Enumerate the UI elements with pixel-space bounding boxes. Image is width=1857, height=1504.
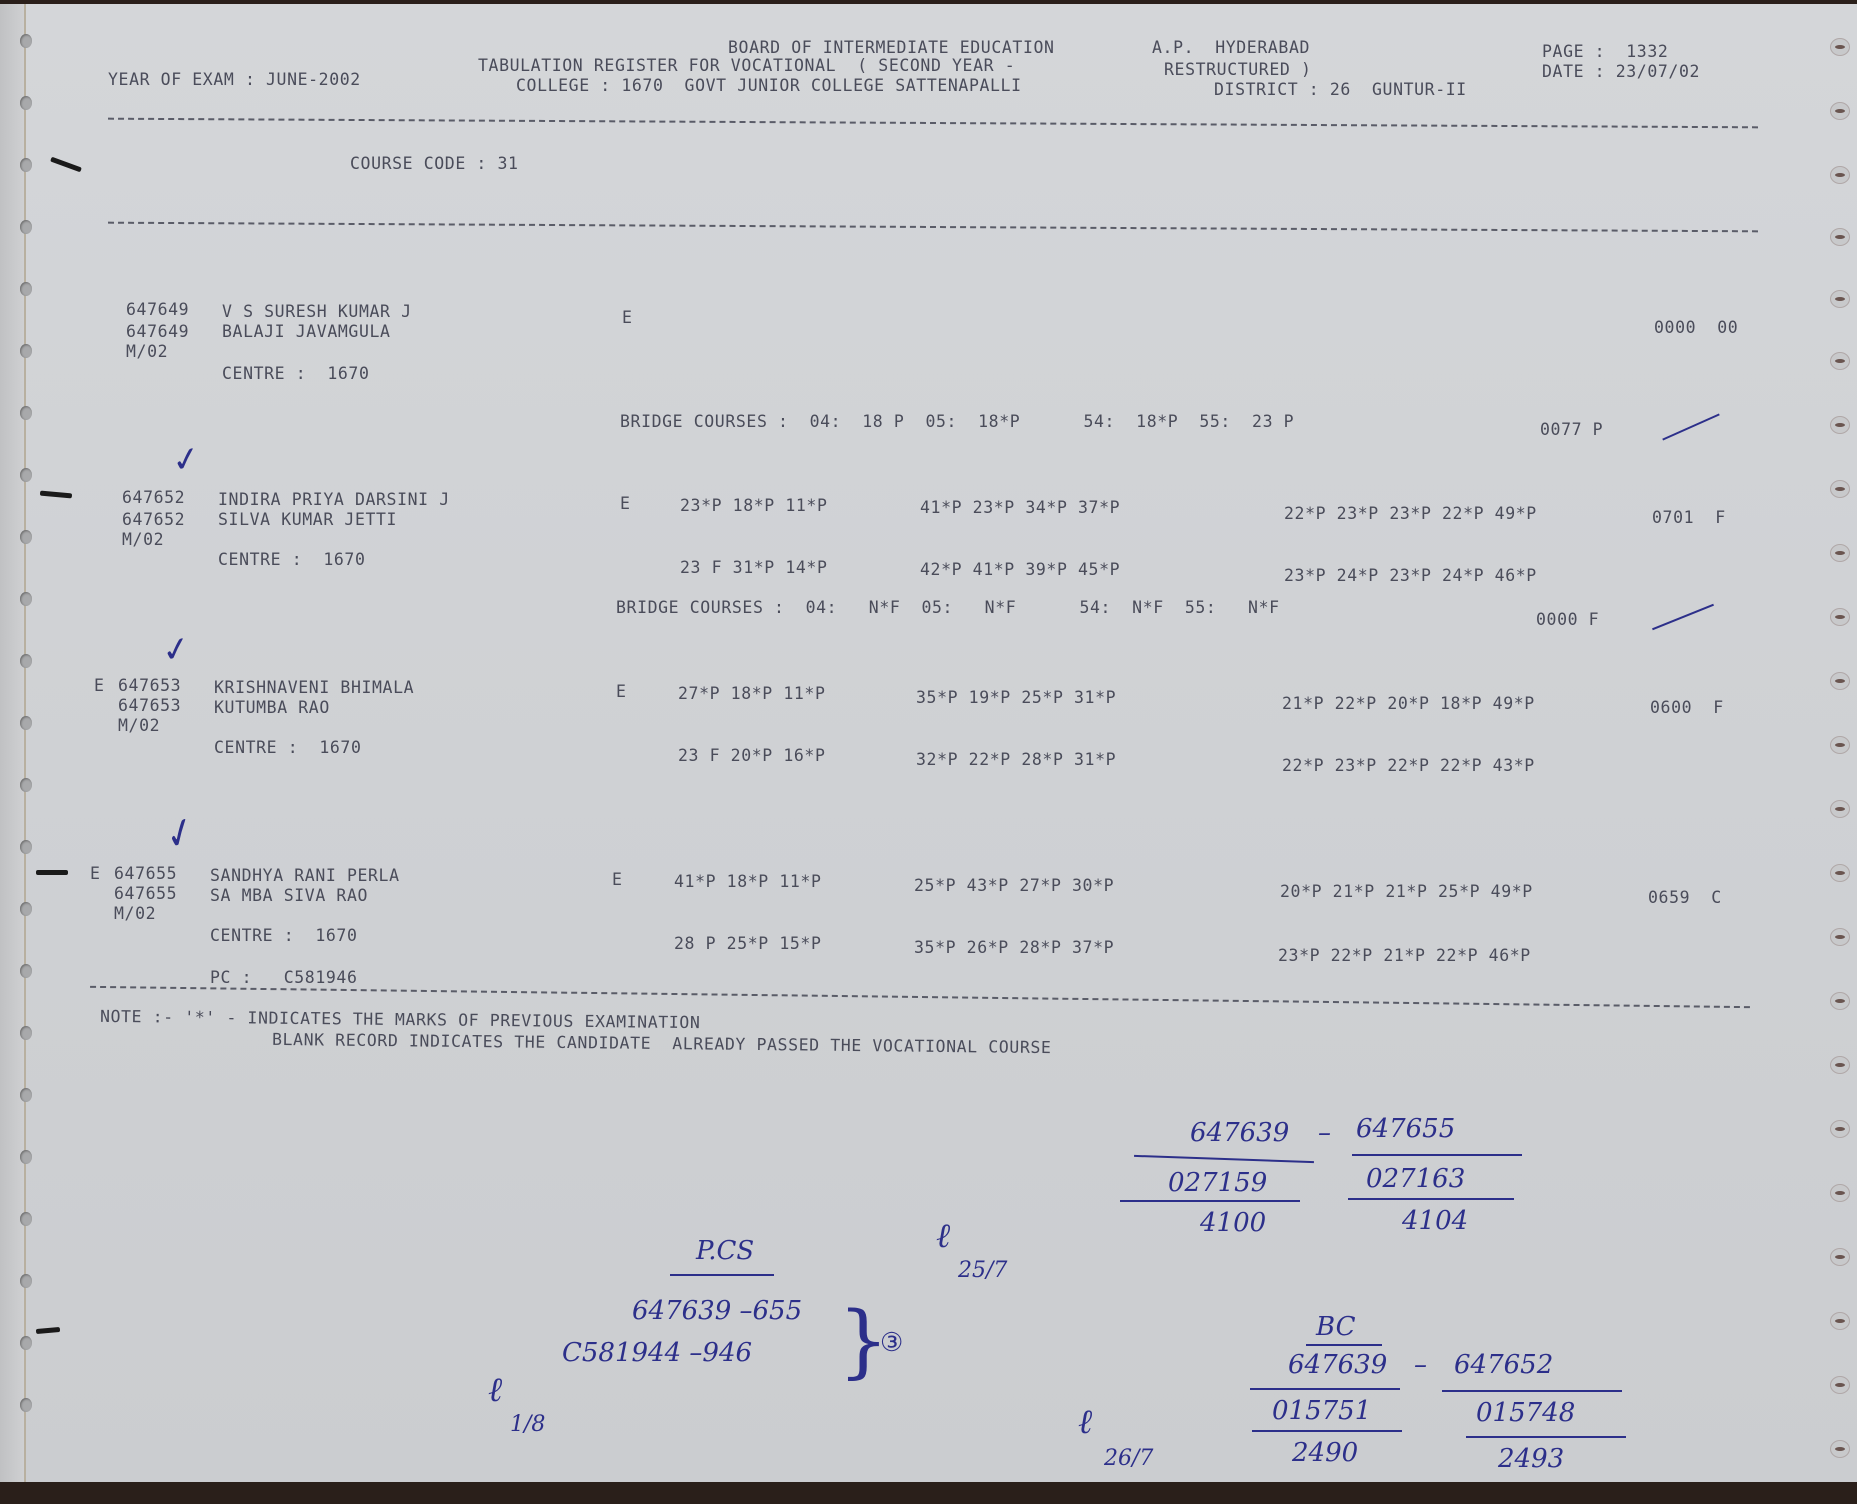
total-marks: 0701 F xyxy=(1652,508,1726,527)
hw-initials: ℓ xyxy=(1078,1402,1092,1442)
medium: E xyxy=(616,682,627,701)
hw-range-end: 647652 xyxy=(1454,1350,1553,1380)
punch-hole xyxy=(1830,672,1850,690)
hall-ticket: 647652 xyxy=(122,488,185,507)
hw-sign-date: 26/7 xyxy=(1104,1446,1153,1471)
record-prefix: E xyxy=(94,676,105,695)
medium: E xyxy=(612,870,623,889)
checkmark-icon: ✓ xyxy=(159,628,194,672)
punch-hole xyxy=(1830,166,1850,184)
hw-number: 2493 xyxy=(1498,1444,1564,1474)
medium: E xyxy=(622,308,633,327)
hw-initials: ℓ xyxy=(488,1370,502,1410)
hw-underline xyxy=(1306,1344,1382,1346)
medium: E xyxy=(620,494,631,513)
divider xyxy=(108,118,1758,129)
centre: CENTRE : 1670 xyxy=(214,738,361,757)
marks-group-b: 25*P 43*P 27*P 30*P xyxy=(914,876,1114,895)
ref-number: 647649 xyxy=(126,322,189,341)
hw-range-start: 647639 xyxy=(1288,1350,1387,1380)
punch-hole xyxy=(1830,1440,1850,1458)
punch-hole xyxy=(20,1150,32,1164)
punch-hole xyxy=(20,468,32,482)
marks-group-a: 23 F 31*P 14*P xyxy=(680,558,827,577)
punch-hole xyxy=(1830,1312,1850,1330)
register-title: TABULATION REGISTER FOR VOCATIONAL ( SEC… xyxy=(478,56,1015,75)
bridge-total: 0000 F xyxy=(1536,610,1599,629)
centre: CENTRE : 1670 xyxy=(210,926,357,945)
punch-hole xyxy=(20,344,32,358)
punch-hole xyxy=(1830,736,1850,754)
punch-hole xyxy=(20,1026,32,1040)
candidate-name: SANDHYA RANI PERLA xyxy=(210,866,400,885)
punch-hole xyxy=(20,406,32,420)
restructured-label: RESTRUCTURED ) xyxy=(1164,60,1311,79)
hw-number: 4104 xyxy=(1402,1206,1468,1236)
pen-tick xyxy=(1652,604,1714,631)
hall-ticket: 647653 xyxy=(118,676,181,695)
marks-group-c: 23*P 24*P 23*P 24*P 46*P xyxy=(1284,566,1537,585)
candidate-name: INDIRA PRIYA DARSINI J xyxy=(218,490,450,509)
board-location: A.P. HYDERABAD xyxy=(1152,38,1310,57)
hw-number: 4100 xyxy=(1200,1208,1266,1238)
hw-sign-date: 25/7 xyxy=(958,1258,1007,1283)
hw-underline xyxy=(1134,1155,1314,1163)
hw-underline xyxy=(1252,1430,1402,1432)
punch-hole xyxy=(1830,864,1850,882)
marks-group-a: 23*P 18*P 11*P xyxy=(680,496,827,515)
category: M/02 xyxy=(126,342,168,361)
hall-ticket: 647649 xyxy=(126,300,189,319)
hw-dash: – xyxy=(1318,1118,1331,1148)
hw-underline xyxy=(1442,1390,1622,1392)
marks-group-b: 41*P 23*P 34*P 37*P xyxy=(920,498,1120,517)
punch-hole xyxy=(20,530,32,544)
punch-hole xyxy=(1830,38,1850,56)
centre: CENTRE : 1670 xyxy=(222,364,369,383)
punch-hole xyxy=(1830,800,1850,818)
hw-count: ③ xyxy=(880,1328,903,1358)
punch-hole xyxy=(1830,480,1850,498)
district-info: DISTRICT : 26 GUNTUR-II xyxy=(1214,80,1467,99)
binder-mark xyxy=(36,870,68,875)
punch-hole xyxy=(20,902,32,916)
hw-line: C581944 –946 xyxy=(562,1338,752,1368)
marks-group-b: 32*P 22*P 28*P 31*P xyxy=(916,750,1116,769)
centre: CENTRE : 1670 xyxy=(218,550,365,569)
candidate-name: V S SURESH KUMAR J xyxy=(222,302,412,321)
checkmark-icon: ✓ xyxy=(160,805,200,862)
hw-range-start: 647639 xyxy=(1190,1118,1289,1148)
punch-hole xyxy=(1830,416,1850,434)
hw-range-end: 647655 xyxy=(1356,1114,1455,1144)
bridge-courses: BRIDGE COURSES : 04: 18 P 05: 18*P 54: 1… xyxy=(620,412,1294,431)
note-line-2: BLANK RECORD INDICATES THE CANDIDATE ALR… xyxy=(272,1030,1052,1057)
hw-underline xyxy=(670,1274,774,1276)
category: M/02 xyxy=(122,530,164,549)
hw-number: 027159 xyxy=(1168,1168,1267,1198)
punch-hole xyxy=(20,778,32,792)
father-name: SA MBA SIVA RAO xyxy=(210,886,368,905)
punch-hole xyxy=(20,1398,32,1412)
punch-hole xyxy=(1830,928,1850,946)
hw-underline xyxy=(1352,1154,1522,1156)
punch-hole xyxy=(20,592,32,606)
hw-dash: – xyxy=(1414,1350,1427,1380)
pen-tick xyxy=(1662,413,1719,440)
checkmark-icon: ✓ xyxy=(169,438,204,482)
hw-number: 027163 xyxy=(1366,1164,1465,1194)
total-marks: 0659 C xyxy=(1648,888,1722,907)
hw-underline xyxy=(1250,1388,1400,1390)
punch-hole xyxy=(20,158,32,172)
punch-hole xyxy=(20,1274,32,1288)
hw-title: BC xyxy=(1316,1312,1355,1342)
marks-group-a: 27*P 18*P 11*P xyxy=(678,684,825,703)
punch-hole xyxy=(20,840,32,854)
binder-mark xyxy=(36,1327,60,1334)
punch-hole xyxy=(1830,102,1850,120)
marks-group-c: 21*P 22*P 20*P 18*P 49*P xyxy=(1282,694,1535,713)
punch-hole xyxy=(1830,290,1850,308)
marks-group-c: 22*P 23*P 22*P 22*P 43*P xyxy=(1282,756,1535,775)
ref-number: 647653 xyxy=(118,696,181,715)
hw-underline xyxy=(1120,1200,1300,1202)
hw-title: P.CS xyxy=(696,1236,754,1266)
note-line-1: NOTE :- '*' - INDICATES THE MARKS OF PRE… xyxy=(100,1007,701,1032)
tabulation-register-sheet: BOARD OF INTERMEDIATE EDUCATION A.P. HYD… xyxy=(0,4,1857,1482)
hw-number: 015748 xyxy=(1476,1398,1575,1428)
ref-number: 647655 xyxy=(114,884,177,903)
punch-hole xyxy=(20,964,32,978)
punch-hole xyxy=(20,282,32,296)
punch-hole xyxy=(1830,1120,1850,1138)
father-name: KUTUMBA RAO xyxy=(214,698,330,717)
punch-hole xyxy=(20,1088,32,1102)
hw-underline xyxy=(1466,1436,1626,1438)
punch-hole xyxy=(1830,544,1850,562)
punch-hole xyxy=(1830,352,1850,370)
hw-underline xyxy=(1348,1198,1514,1200)
punch-hole xyxy=(1830,1376,1850,1394)
hw-number: 015751 xyxy=(1272,1396,1371,1426)
divider xyxy=(108,222,1758,233)
marks-group-c: 22*P 23*P 23*P 22*P 49*P xyxy=(1284,504,1537,523)
binder-mark xyxy=(40,491,72,499)
punch-hole xyxy=(20,34,32,48)
punch-hole xyxy=(20,716,32,730)
punch-hole xyxy=(20,654,32,668)
marks-group-a: 41*P 18*P 11*P xyxy=(674,872,821,891)
pc-number: PC : C581946 xyxy=(210,968,357,987)
hall-ticket: 647655 xyxy=(114,864,177,883)
punch-hole xyxy=(1830,228,1850,246)
college-info: COLLEGE : 1670 GOVT JUNIOR COLLEGE SATTE… xyxy=(516,76,1022,95)
divider xyxy=(90,986,1750,1008)
marks-group-b: 35*P 19*P 25*P 31*P xyxy=(916,688,1116,707)
category: M/02 xyxy=(114,904,156,923)
candidate-name: KRISHNAVENI BHIMALA xyxy=(214,678,414,697)
bridge-courses: BRIDGE COURSES : 04: N*F 05: N*F 54: N*F… xyxy=(616,598,1280,617)
print-date: DATE : 23/07/02 xyxy=(1542,62,1700,81)
father-name: BALAJI JAVAMGULA xyxy=(222,322,391,341)
marks-group-b: 35*P 26*P 28*P 37*P xyxy=(914,938,1114,957)
hw-number: 2490 xyxy=(1292,1438,1358,1468)
record-prefix: E xyxy=(90,864,101,883)
bridge-total: 0077 P xyxy=(1540,420,1603,439)
marks-group-b: 42*P 41*P 39*P 45*P xyxy=(920,560,1120,579)
total-marks: 0600 F xyxy=(1650,698,1724,717)
punch-hole xyxy=(20,1336,32,1350)
father-name: SILVA KUMAR JETTI xyxy=(218,510,397,529)
binder-mark xyxy=(50,157,82,173)
punch-hole xyxy=(20,96,32,110)
marks-group-a: 28 P 25*P 15*P xyxy=(674,934,821,953)
hw-initials: ℓ xyxy=(936,1216,950,1256)
punch-hole xyxy=(1830,608,1850,626)
page-number: PAGE : 1332 xyxy=(1542,42,1668,61)
hw-line: 647639 –655 xyxy=(632,1296,802,1326)
punch-hole xyxy=(1830,992,1850,1010)
punch-hole xyxy=(20,1212,32,1226)
hw-sign-date: 1/8 xyxy=(510,1412,545,1437)
total-marks: 0000 00 xyxy=(1654,318,1738,337)
punch-hole xyxy=(1830,1056,1850,1074)
ref-number: 647652 xyxy=(122,510,185,529)
punch-hole xyxy=(20,220,32,234)
category: M/02 xyxy=(118,716,160,735)
board-title: BOARD OF INTERMEDIATE EDUCATION xyxy=(728,38,1055,57)
punch-hole xyxy=(1830,1248,1850,1266)
marks-group-c: 23*P 22*P 21*P 22*P 46*P xyxy=(1278,946,1531,965)
marks-group-c: 20*P 21*P 21*P 25*P 49*P xyxy=(1280,882,1533,901)
year-of-exam: YEAR OF EXAM : JUNE-2002 xyxy=(108,70,361,89)
punch-hole xyxy=(1830,1184,1850,1202)
marks-group-a: 23 F 20*P 16*P xyxy=(678,746,825,765)
course-code: COURSE CODE : 31 xyxy=(350,154,519,173)
